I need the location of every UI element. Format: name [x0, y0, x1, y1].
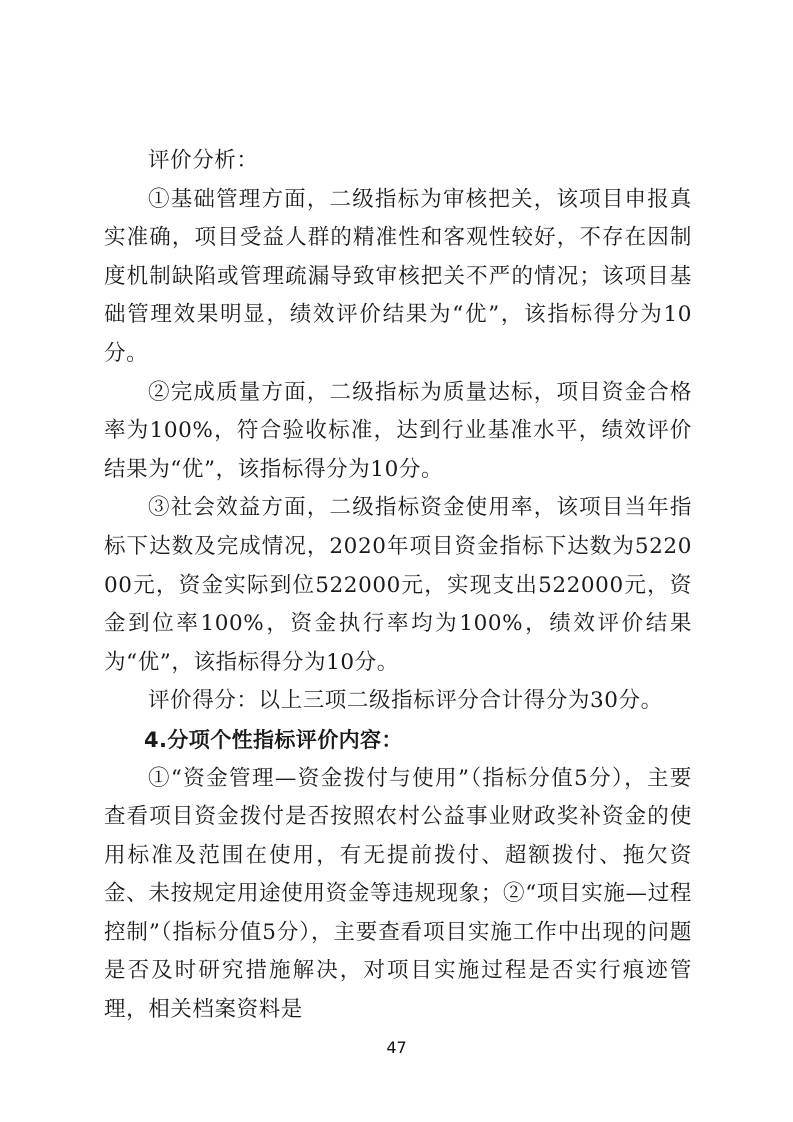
paragraph-completion-quality: ②完成质量方面，二级指标为质量达标，项目资金合格率为100%，符合验收标准，达到… [104, 374, 692, 490]
section-heading-individual-indicators: 4.分项个性指标评价内容： [104, 721, 692, 760]
paragraph-fund-management: ①“资金管理—资金拨付与使用”（指标分值5分），主要查看项目资金拨付是否按照农村… [104, 760, 692, 1030]
paragraph-basic-management: ①基础管理方面，二级指标为审核把关，该项目申报真实准确，项目受益人群的精准性和客… [104, 181, 692, 374]
paragraph-evaluation-score: 评价得分：以上三项二级指标评分合计得分为30分。 [104, 682, 692, 721]
page-number: 47 [0, 1038, 793, 1057]
document-body: 评价分析： ①基础管理方面，二级指标为审核把关，该项目申报真实准确，项目受益人群… [104, 142, 692, 1030]
section-label-evaluation-analysis: 评价分析： [104, 142, 692, 181]
paragraph-social-benefit: ③社会效益方面，二级指标资金使用率，该项目当年指标下达数及完成情况，2020年项… [104, 489, 692, 682]
